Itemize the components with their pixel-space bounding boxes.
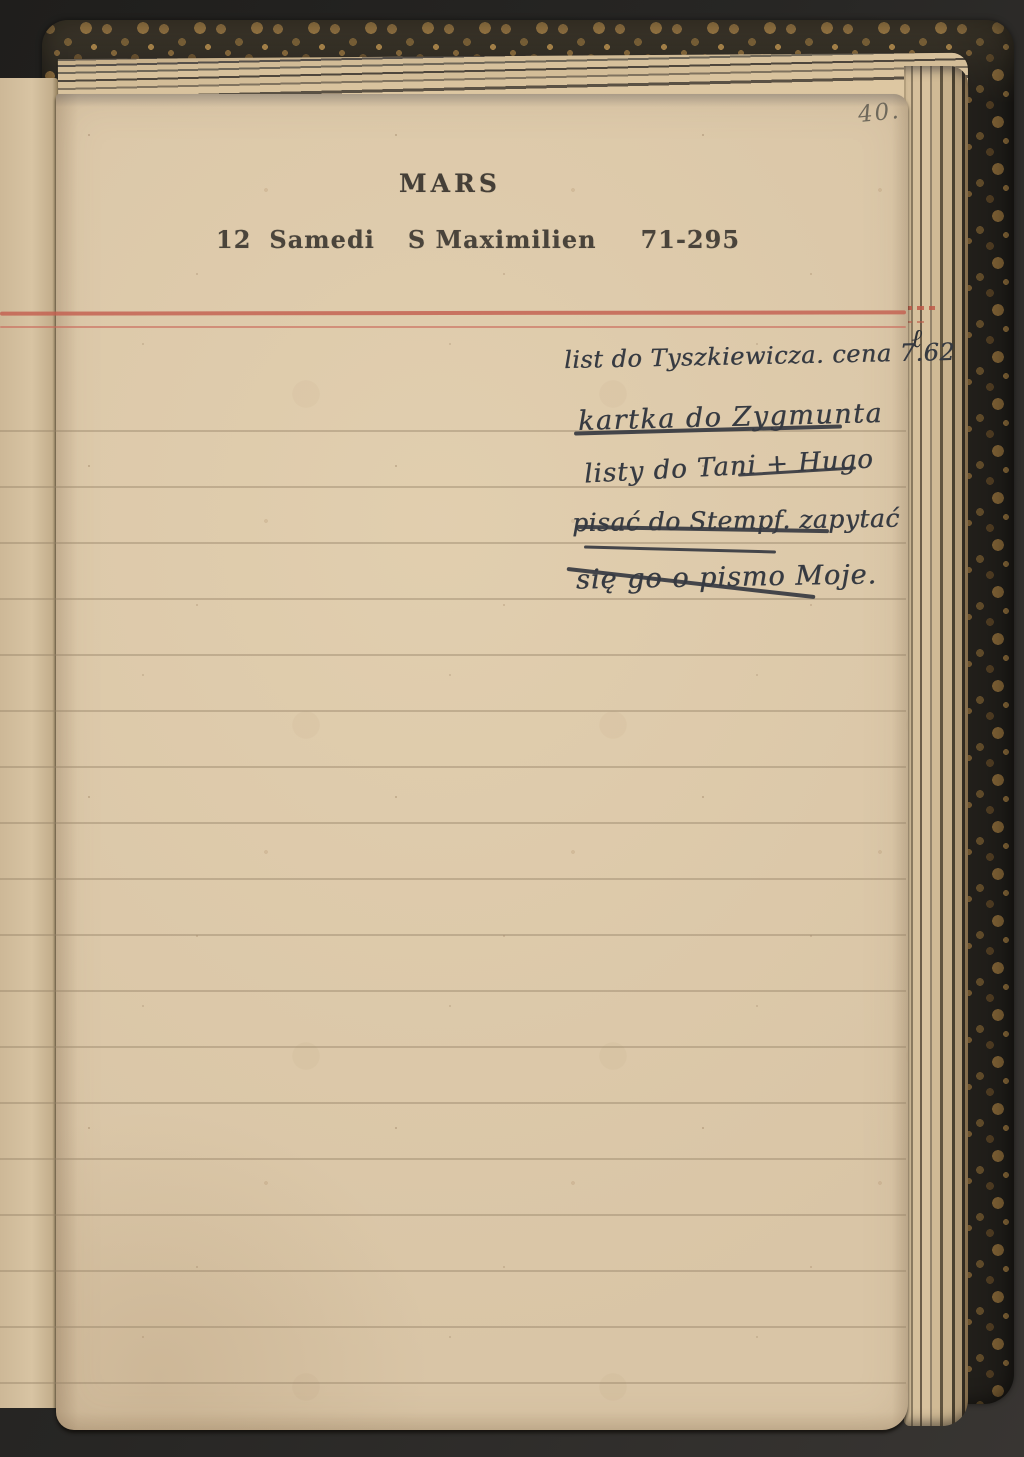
weekday-label: Samedi — [269, 225, 374, 254]
diary-scan: MARS 12SamediS Maximilien71-295 40. ℓ li… — [0, 0, 1024, 1457]
handwritten-note-line-4: pisać do Stempf. zapytać — [572, 504, 900, 538]
note-segment-struck: + Hugo — [765, 444, 874, 480]
date-header-line: 12SamediS Maximilien71-295 — [216, 225, 740, 254]
saint-of-day: S Maximilien — [408, 225, 597, 254]
page-stack-fore-edges — [904, 66, 968, 1426]
note-segment-struck: pisać do Stempf. — [572, 505, 800, 537]
pencil-folio-number: 40. — [857, 98, 902, 128]
diary-page — [56, 94, 908, 1430]
note-segment: Moje. — [795, 559, 877, 591]
handwritten-note-line-5: się go o pismo Moje. — [576, 559, 878, 595]
red-margin-line-thin — [0, 326, 906, 328]
underlying-page-left — [0, 78, 58, 1408]
day-of-year-numbers: 71-295 — [641, 225, 740, 254]
day-number: 12 — [216, 225, 251, 254]
month-title: MARS — [399, 169, 501, 198]
red-rule-bleed-mark — [905, 306, 935, 310]
